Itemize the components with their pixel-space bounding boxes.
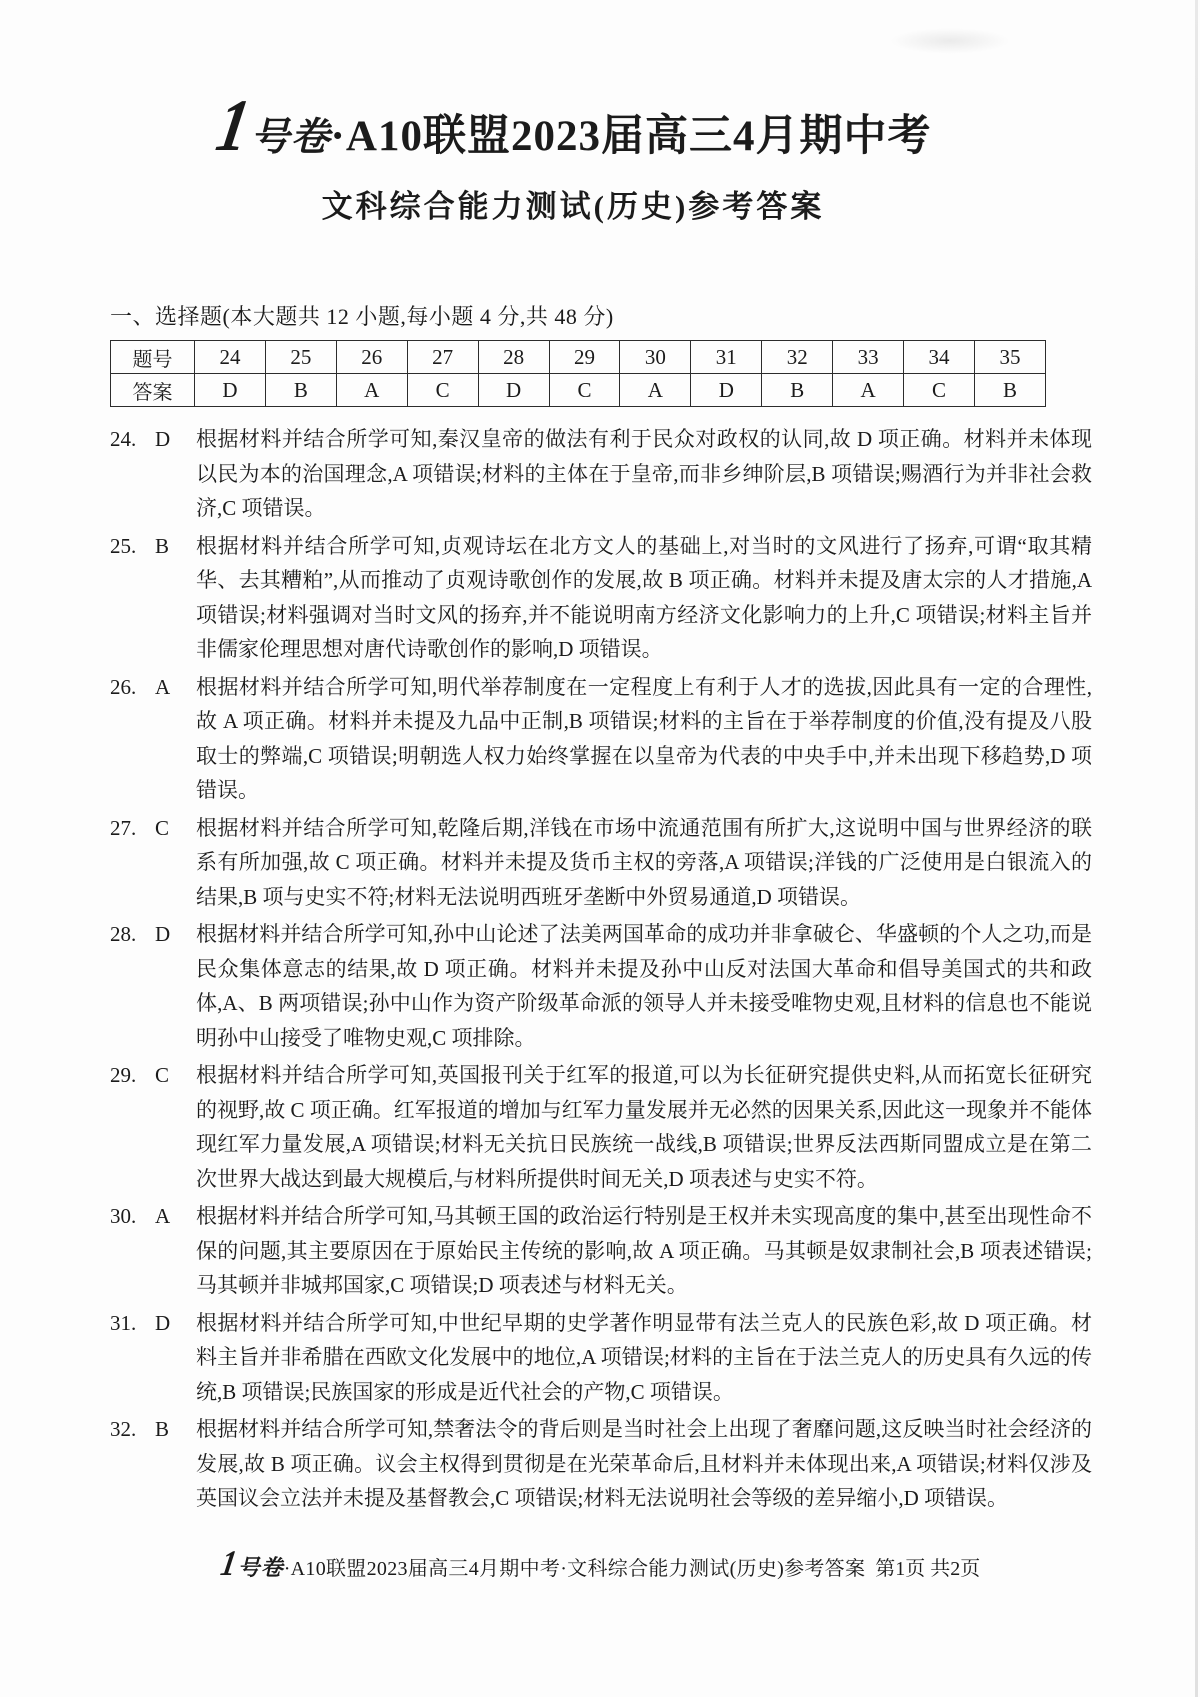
answer-letter-cell: B xyxy=(762,374,833,407)
answer-table: 题号 242526272829303132333435 答案 DBACDCADB… xyxy=(110,340,1046,407)
answer-letter-cell: A xyxy=(620,374,691,407)
question-number-cell: 26 xyxy=(336,341,407,374)
exam-subtitle: 文科综合能力测试(历史)参考答案 xyxy=(82,181,1064,226)
question-number-cell: 32 xyxy=(762,341,833,374)
explanation-question-number: 27. xyxy=(110,811,155,846)
question-number-cell: 33 xyxy=(833,341,904,374)
explanation-item: 25.B根据材料并结合所学可知,贞观诗坛在北方文人的基础上,对当时的文风进行了扬… xyxy=(110,529,1092,667)
question-number-cell: 35 xyxy=(974,341,1045,374)
explanation-answer-letter: A xyxy=(155,1199,196,1234)
footer-logo-numeral: 1 xyxy=(219,1548,238,1578)
logo-numeral: 1 xyxy=(212,96,251,156)
question-number-cell: 25 xyxy=(265,341,336,374)
explanation-question-number: 26. xyxy=(110,670,155,705)
question-number-cell: 30 xyxy=(620,341,691,374)
explanation-item: 28.D根据材料并结合所学可知,孙中山论述了法美两国革命的成功并非拿破仑、华盛顿… xyxy=(110,917,1092,1055)
explanation-text: 根据材料并结合所学可知,明代举荐制度在一定程度上有利于人才的选拔,因此具有一定的… xyxy=(196,670,1092,808)
exam-header: 1号卷·A10联盟2023届高三4月期中考 文科综合能力测试(历史)参考答案 xyxy=(82,0,1064,226)
explanation-text: 根据材料并结合所学可知,乾隆后期,洋钱在市场中流通范围有所扩大,这说明中国与世界… xyxy=(196,811,1092,915)
explanations-list: 24.D根据材料并结合所学可知,秦汉皇帝的做法有利于民众对政权的认同,故 D 项… xyxy=(110,422,1092,1516)
explanation-answer-letter: D xyxy=(155,1306,196,1341)
explanation-text: 根据材料并结合所学可知,秦汉皇帝的做法有利于民众对政权的认同,故 D 项正确。材… xyxy=(196,422,1092,526)
explanation-question-number: 32. xyxy=(110,1412,155,1447)
explanation-answer-letter: A xyxy=(155,670,196,705)
exam-brand-logo: 1号卷 xyxy=(215,96,331,162)
explanation-question-number: 25. xyxy=(110,529,155,564)
explanation-text: 根据材料并结合所学可知,中世纪早期的史学著作明显带有法兰克人的民族色彩,故 D … xyxy=(196,1306,1092,1410)
question-number-cell: 27 xyxy=(407,341,478,374)
answer-letter-cell: B xyxy=(974,374,1045,407)
explanation-item: 31.D根据材料并结合所学可知,中世纪早期的史学著作明显带有法兰克人的民族色彩,… xyxy=(110,1306,1092,1410)
explanation-item: 29.C根据材料并结合所学可知,英国报刊关于红军的报道,可以为长征研究提供史料,… xyxy=(110,1058,1092,1196)
row-label-answers: 答案 xyxy=(111,374,195,407)
scan-edge-artifact xyxy=(1195,0,1198,1697)
footer-page-indicator: 第1页 共2页 xyxy=(875,1552,980,1581)
question-number-cell: 24 xyxy=(195,341,266,374)
footer-brand-logo: 1号卷 xyxy=(220,1548,284,1582)
answer-letter-cell: C xyxy=(407,374,478,407)
explanation-text: 根据材料并结合所学可知,孙中山论述了法美两国革命的成功并非拿破仑、华盛顿的个人之… xyxy=(196,917,1092,1055)
answer-letter-cell: A xyxy=(336,374,407,407)
exam-title: 1号卷·A10联盟2023届高三4月期中考 xyxy=(82,96,1064,163)
explanation-question-number: 31. xyxy=(110,1306,155,1341)
question-number-cell: 28 xyxy=(478,341,549,374)
explanation-item: 32.B根据材料并结合所学可知,禁奢法令的背后则是当时社会上出现了奢靡问题,这反… xyxy=(110,1412,1092,1516)
explanation-item: 26.A根据材料并结合所学可知,明代举荐制度在一定程度上有利于人才的选拔,因此具… xyxy=(110,670,1092,808)
logo-suffix: 号卷 xyxy=(251,106,331,162)
explanation-answer-letter: B xyxy=(155,529,196,564)
answer-letter-cell: B xyxy=(265,374,336,407)
section-heading: 一、选择题(本大题共 12 小题,每小题 4 分,共 48 分) xyxy=(110,300,1092,331)
explanation-answer-letter: B xyxy=(155,1412,196,1447)
explanation-question-number: 30. xyxy=(110,1199,155,1234)
question-number-cell: 34 xyxy=(904,341,975,374)
answer-row: 答案 DBACDCADBACB xyxy=(111,374,1046,407)
explanation-item: 24.D根据材料并结合所学可知,秦汉皇帝的做法有利于民众对政权的认同,故 D 项… xyxy=(110,422,1092,526)
page-content: 1号卷·A10联盟2023届高三4月期中考 文科综合能力测试(历史)参考答案 一… xyxy=(110,0,1092,1519)
explanation-answer-letter: D xyxy=(155,917,196,952)
footer-line: 1号卷·A10联盟2023届高三4月期中考·文科综合能力测试(历史)参考答案第1… xyxy=(220,1548,981,1582)
explanation-text: 根据材料并结合所学可知,英国报刊关于红军的报道,可以为长征研究提供史料,从而拓宽… xyxy=(196,1058,1092,1196)
explanation-item: 30.A根据材料并结合所学可知,马其顿王国的政治运行特别是王权并未实现高度的集中… xyxy=(110,1199,1092,1303)
explanation-answer-letter: D xyxy=(155,422,196,457)
explanation-question-number: 24. xyxy=(110,422,155,457)
explanation-answer-letter: C xyxy=(155,811,196,846)
explanation-text: 根据材料并结合所学可知,马其顿王国的政治运行特别是王权并未实现高度的集中,甚至出… xyxy=(196,1199,1092,1303)
footer-text: ·A10联盟2023届高三4月期中考·文科综合能力测试(历史)参考答案 xyxy=(284,1552,866,1581)
answer-letter-cell: A xyxy=(833,374,904,407)
answer-letter-cell: C xyxy=(904,374,975,407)
answer-letter-cell: D xyxy=(195,374,266,407)
question-number-row: 题号 242526272829303132333435 xyxy=(111,341,1046,374)
explanation-question-number: 28. xyxy=(110,917,155,952)
row-label-numbers: 题号 xyxy=(111,341,195,374)
explanation-text: 根据材料并结合所学可知,贞观诗坛在北方文人的基础上,对当时的文风进行了扬弃,可谓… xyxy=(196,529,1092,667)
footer-logo-suffix: 号卷 xyxy=(238,1551,284,1582)
answer-letter-cell: D xyxy=(691,374,762,407)
answer-letter-cell: D xyxy=(478,374,549,407)
document-page: 1号卷·A10联盟2023届高三4月期中考 文科综合能力测试(历史)参考答案 一… xyxy=(0,0,1200,1697)
question-number-cell: 29 xyxy=(549,341,620,374)
page-footer: 1号卷·A10联盟2023届高三4月期中考·文科综合能力测试(历史)参考答案第1… xyxy=(0,1548,1200,1582)
explanation-item: 27.C根据材料并结合所学可知,乾隆后期,洋钱在市场中流通范围有所扩大,这说明中… xyxy=(110,811,1092,915)
question-number-cell: 31 xyxy=(691,341,762,374)
explanation-question-number: 29. xyxy=(110,1058,155,1093)
exam-title-text: ·A10联盟2023届高三4月期中考 xyxy=(331,102,932,163)
explanation-text: 根据材料并结合所学可知,禁奢法令的背后则是当时社会上出现了奢靡问题,这反映当时社… xyxy=(196,1412,1092,1516)
answer-letter-cell: C xyxy=(549,374,620,407)
explanation-answer-letter: C xyxy=(155,1058,196,1093)
